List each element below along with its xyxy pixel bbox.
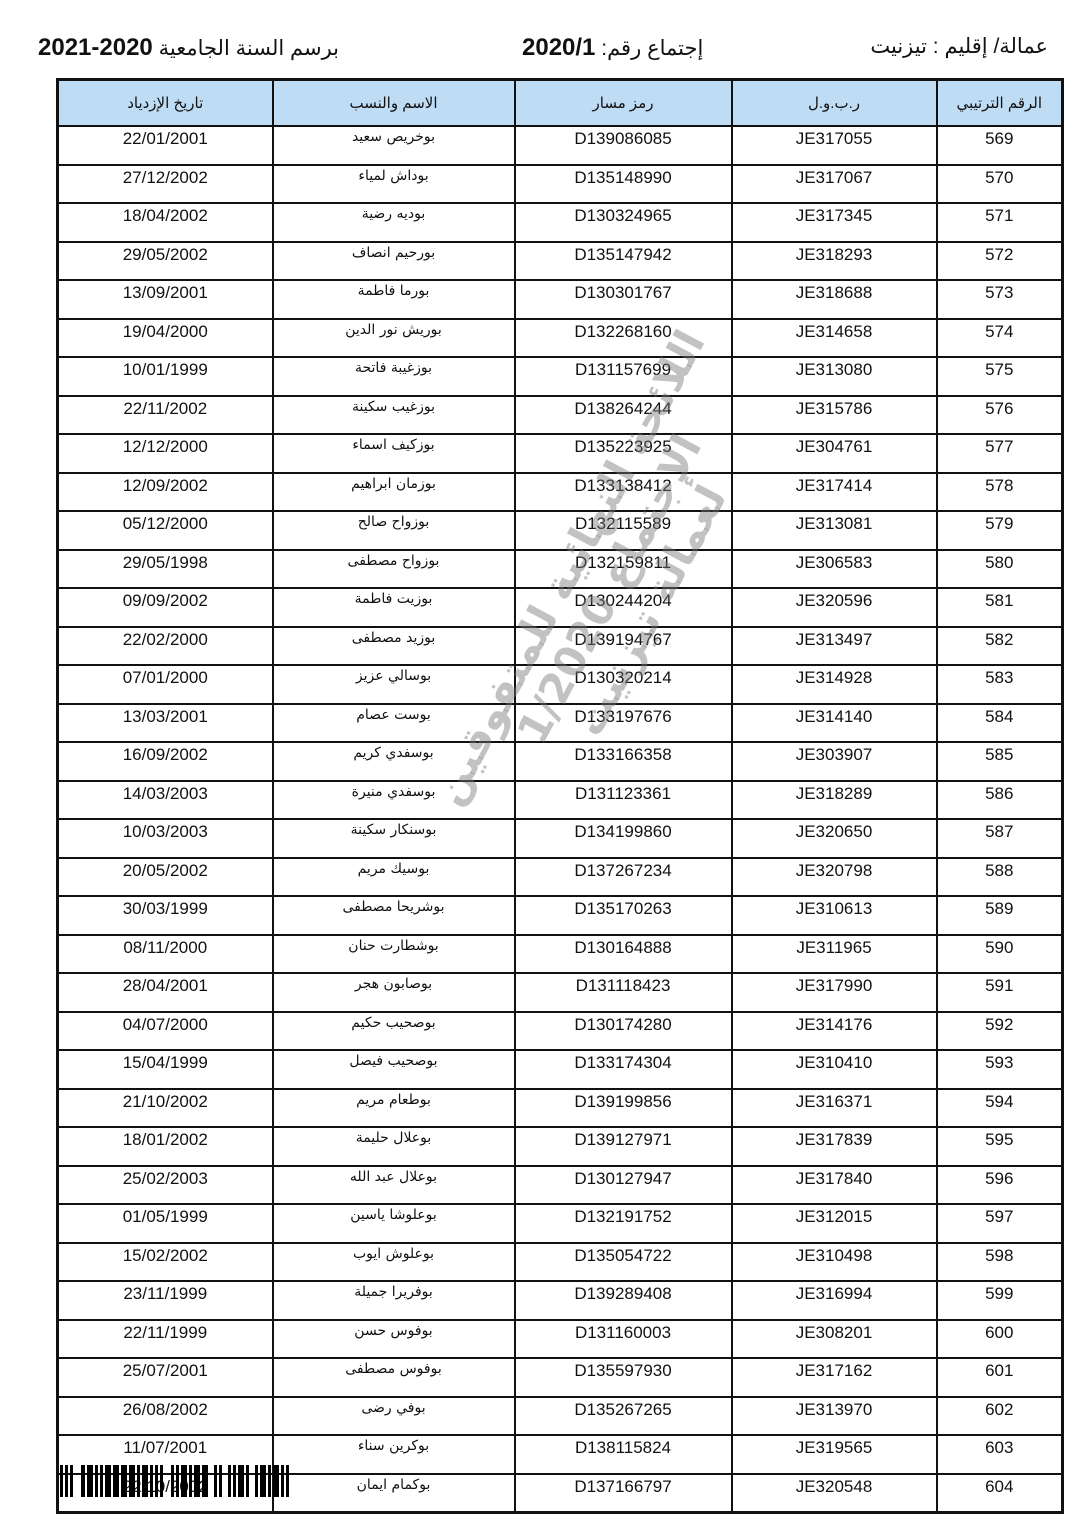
name-cell: بوفوس مصطفى (273, 1358, 515, 1397)
table-row: 587JE320650D134199860بوسنكار سكينة10/03/… (58, 819, 1063, 858)
rbol-cell: JE313080 (732, 357, 937, 396)
province-label: عمالة/ إقليم : (933, 35, 1048, 58)
birthdate-cell: 22/01/2001 (58, 126, 273, 165)
massar-cell: D130324965 (515, 203, 732, 242)
table-row: 583JE314928D130320214بوسالي عزيز07/01/20… (58, 665, 1063, 704)
massar-cell: D131123361 (515, 781, 732, 820)
rbol-cell: JE318293 (732, 242, 937, 281)
birthdate-cell: 22/02/2000 (58, 627, 273, 666)
massar-cell: D132159811 (515, 550, 732, 589)
rbol-cell: JE304761 (732, 434, 937, 473)
rbol-cell: JE314658 (732, 319, 937, 358)
name-cell: بوفريرا جميلة (273, 1281, 515, 1320)
table-row: 580JE306583D132159811بوزواح مصطفى29/05/1… (58, 550, 1063, 589)
name-cell: بوعلال عبد الله (273, 1166, 515, 1205)
table-row: 573JE318688D130301767بورما فاطمة13/09/20… (58, 280, 1063, 319)
column-header-rank: الرقم الترتيبي (937, 80, 1063, 127)
birthdate-cell: 08/11/2000 (58, 935, 273, 974)
birthdate-cell: 22/11/2002 (58, 396, 273, 435)
birthdate-cell: 22/11/1999 (58, 1320, 273, 1359)
meeting-label: إجتماع رقم: (601, 37, 703, 60)
table-row: 576JE315786D138264244بوزغيب سكينة22/11/2… (58, 396, 1063, 435)
birthdate-cell: 05/12/2000 (58, 511, 273, 550)
rank-cell: 592 (937, 1012, 1063, 1051)
rank-cell: 604 (937, 1474, 1063, 1513)
rank-cell: 603 (937, 1435, 1063, 1474)
rank-cell: 578 (937, 473, 1063, 512)
rbol-cell: JE320596 (732, 588, 937, 627)
rbol-cell: JE313081 (732, 511, 937, 550)
table-row: 599JE316994D139289408بوفريرا جميلة23/11/… (58, 1281, 1063, 1320)
name-cell: بوفي رضى (273, 1397, 515, 1436)
table-row: 575JE313080D131157699بوزغيبة فاتحة10/01/… (58, 357, 1063, 396)
rank-cell: 585 (937, 742, 1063, 781)
column-header-name: الاسم والنسب (273, 80, 515, 127)
table-row: 581JE320596D130244204بوزيت فاطمة09/09/20… (58, 588, 1063, 627)
name-cell: بوداش لمياء (273, 165, 515, 204)
massar-cell: D137166797 (515, 1474, 732, 1513)
table-row: 584JE314140D133197676بوست عصام13/03/2001 (58, 704, 1063, 743)
name-cell: بوزكيف اسماء (273, 434, 515, 473)
massar-cell: D130164888 (515, 935, 732, 974)
table-row: 579JE313081D132115589بوزواح صالح05/12/20… (58, 511, 1063, 550)
name-cell: بوصحيب حكيم (273, 1012, 515, 1051)
rbol-cell: JE316994 (732, 1281, 937, 1320)
massar-cell: D133166358 (515, 742, 732, 781)
rank-cell: 569 (937, 126, 1063, 165)
meeting-info: إجتماع رقم: 2020/1 (522, 34, 703, 62)
table-row: 591JE317990D131118423بوصابون هجر28/04/20… (58, 973, 1063, 1012)
rank-cell: 595 (937, 1127, 1063, 1166)
table-row: 588JE320798D137267234بوسيك مريم20/05/200… (58, 858, 1063, 897)
name-cell: بوكمام ايمان (273, 1474, 515, 1513)
rank-cell: 586 (937, 781, 1063, 820)
massar-cell: D135054722 (515, 1243, 732, 1282)
rank-cell: 601 (937, 1358, 1063, 1397)
table-row: 569JE317055D139086085بوخريص سعيد22/01/20… (58, 126, 1063, 165)
massar-cell: D135597930 (515, 1358, 732, 1397)
table-row: 597JE312015D132191752بوعلوشا ياسين01/05/… (58, 1204, 1063, 1243)
birthdate-cell: 21/10/2002 (58, 1089, 273, 1128)
birthdate-cell: 10/03/2003 (58, 819, 273, 858)
rbol-cell: JE306583 (732, 550, 937, 589)
massar-cell: D139194767 (515, 627, 732, 666)
name-cell: بوزيت فاطمة (273, 588, 515, 627)
name-cell: بوعلال حليمة (273, 1127, 515, 1166)
massar-cell: D133174304 (515, 1050, 732, 1089)
birthdate-cell: 04/07/2000 (58, 1012, 273, 1051)
rank-cell: 597 (937, 1204, 1063, 1243)
massar-cell: D130301767 (515, 280, 732, 319)
massar-cell: D138264244 (515, 396, 732, 435)
name-cell: بوفوس حسن (273, 1320, 515, 1359)
massar-cell: D133197676 (515, 704, 732, 743)
table-row: 586JE318289D131123361بوسفدي منيرة14/03/2… (58, 781, 1063, 820)
massar-cell: D139289408 (515, 1281, 732, 1320)
massar-cell: D132115589 (515, 511, 732, 550)
table-row: 593JE310410D133174304بوصحيب فيصل15/04/19… (58, 1050, 1063, 1089)
table-row: 577JE304761D135223925بوزكيف اسماء12/12/2… (58, 434, 1063, 473)
rbol-cell: JE310410 (732, 1050, 937, 1089)
name-cell: بوزمان ابراهيم (273, 473, 515, 512)
academic-year-info: برسم السنة الجامعية 2021-2020 (38, 34, 339, 62)
birthdate-cell: 30/03/1999 (58, 896, 273, 935)
academic-year-label: برسم السنة الجامعية (159, 37, 339, 60)
rbol-cell: JE312015 (732, 1204, 937, 1243)
name-cell: بوسفدي منيرة (273, 781, 515, 820)
birthdate-cell: 12/09/2002 (58, 473, 273, 512)
name-cell: بوسيك مريم (273, 858, 515, 897)
name-cell: بوزغيب سكينة (273, 396, 515, 435)
table-row: 595JE317839D139127971بوعلال حليمة18/01/2… (58, 1127, 1063, 1166)
name-cell: بوعلوشا ياسين (273, 1204, 515, 1243)
rbol-cell: JE314176 (732, 1012, 937, 1051)
birthdate-cell: 13/03/2001 (58, 704, 273, 743)
students-table-container: الرقم الترتيبي ر.ب.و.ل رمز مسار الاسم وا… (56, 78, 1061, 1514)
name-cell: بوريش نور الدين (273, 319, 515, 358)
rbol-cell: JE313970 (732, 1397, 937, 1436)
rank-cell: 580 (937, 550, 1063, 589)
rank-cell: 572 (937, 242, 1063, 281)
table-row: 594JE316371D139199856بوطعام مريم21/10/20… (58, 1089, 1063, 1128)
rbol-cell: JE310613 (732, 896, 937, 935)
rbol-cell: JE303907 (732, 742, 937, 781)
massar-cell: D137267234 (515, 858, 732, 897)
rbol-cell: JE318688 (732, 280, 937, 319)
rbol-cell: JE317162 (732, 1358, 937, 1397)
rank-cell: 588 (937, 858, 1063, 897)
table-row: 592JE314176D130174280بوصحيب حكيم04/07/20… (58, 1012, 1063, 1051)
massar-cell: D139127971 (515, 1127, 732, 1166)
name-cell: بوصابون هجر (273, 973, 515, 1012)
massar-cell: D134199860 (515, 819, 732, 858)
massar-cell: D130174280 (515, 1012, 732, 1051)
massar-cell: D131157699 (515, 357, 732, 396)
rbol-cell: JE318289 (732, 781, 937, 820)
rbol-cell: JE319565 (732, 1435, 937, 1474)
birthdate-cell: 29/05/2002 (58, 242, 273, 281)
column-header-rbol: ر.ب.و.ل (732, 80, 937, 127)
rank-cell: 593 (937, 1050, 1063, 1089)
name-cell: بوسنكار سكينة (273, 819, 515, 858)
massar-cell: D131118423 (515, 973, 732, 1012)
birthdate-cell: 25/07/2001 (58, 1358, 273, 1397)
barcode (60, 1465, 289, 1497)
rank-cell: 571 (937, 203, 1063, 242)
table-row: 598JE310498D135054722بوعلوش ايوب15/02/20… (58, 1243, 1063, 1282)
rbol-cell: JE311965 (732, 935, 937, 974)
name-cell: بوخريص سعيد (273, 126, 515, 165)
rank-cell: 574 (937, 319, 1063, 358)
birthdate-cell: 09/09/2002 (58, 588, 273, 627)
table-row: 578JE317414D133138412بوزمان ابراهيم12/09… (58, 473, 1063, 512)
table-header-row: الرقم الترتيبي ر.ب.و.ل رمز مسار الاسم وا… (58, 80, 1063, 127)
rbol-cell: JE317345 (732, 203, 937, 242)
rank-cell: 582 (937, 627, 1063, 666)
massar-cell: D133138412 (515, 473, 732, 512)
massar-cell: D135147942 (515, 242, 732, 281)
massar-cell: D130320214 (515, 665, 732, 704)
birthdate-cell: 29/05/1998 (58, 550, 273, 589)
birthdate-cell: 18/01/2002 (58, 1127, 273, 1166)
birthdate-cell: 25/02/2003 (58, 1166, 273, 1205)
page-header: عمالة/ إقليم : تيزنيت إجتماع رقم: 2020/1… (0, 0, 1086, 78)
column-header-massar: رمز مسار (515, 80, 732, 127)
table-row: 571JE317345D130324965بوديه رضية18/04/200… (58, 203, 1063, 242)
rank-cell: 600 (937, 1320, 1063, 1359)
massar-cell: D135148990 (515, 165, 732, 204)
birthdate-cell: 07/01/2000 (58, 665, 273, 704)
table-body: 569JE317055D139086085بوخريص سعيد22/01/20… (58, 126, 1063, 1513)
rbol-cell: JE313497 (732, 627, 937, 666)
birthdate-cell: 26/08/2002 (58, 1397, 273, 1436)
name-cell: بوست عصام (273, 704, 515, 743)
birthdate-cell: 15/04/1999 (58, 1050, 273, 1089)
massar-cell: D132268160 (515, 319, 732, 358)
rank-cell: 581 (937, 588, 1063, 627)
birthdate-cell: 01/05/1999 (58, 1204, 273, 1243)
name-cell: بوزيد مصطفى (273, 627, 515, 666)
birthdate-cell: 13/09/2001 (58, 280, 273, 319)
rank-cell: 591 (937, 973, 1063, 1012)
massar-cell: D135223925 (515, 434, 732, 473)
rbol-cell: JE315786 (732, 396, 937, 435)
birthdate-cell: 14/03/2003 (58, 781, 273, 820)
table-row: 600JE308201D131160003بوفوس حسن22/11/1999 (58, 1320, 1063, 1359)
table-row: 585JE303907D133166358بوسفدي كريم16/09/20… (58, 742, 1063, 781)
province-info: عمالة/ إقليم : تيزنيت (870, 34, 1048, 59)
rbol-cell: JE320548 (732, 1474, 937, 1513)
massar-cell: D139086085 (515, 126, 732, 165)
rbol-cell: JE314928 (732, 665, 937, 704)
massar-cell: D135170263 (515, 896, 732, 935)
birthdate-cell: 19/04/2000 (58, 319, 273, 358)
rank-cell: 598 (937, 1243, 1063, 1282)
rank-cell: 570 (937, 165, 1063, 204)
massar-cell: D130127947 (515, 1166, 732, 1205)
name-cell: بوزغيبة فاتحة (273, 357, 515, 396)
column-header-birthdate: تاريخ الإزدياد (58, 80, 273, 127)
rank-cell: 599 (937, 1281, 1063, 1320)
name-cell: بوزواح مصطفى (273, 550, 515, 589)
table-row: 590JE311965D130164888بوشطارت حنان08/11/2… (58, 935, 1063, 974)
birthdate-cell: 23/11/1999 (58, 1281, 273, 1320)
table-row: 572JE318293D135147942بورحيم انصاف29/05/2… (58, 242, 1063, 281)
table-row: 589JE310613D135170263بوشريحا مصطفى30/03/… (58, 896, 1063, 935)
birthdate-cell: 16/09/2002 (58, 742, 273, 781)
birthdate-cell: 10/01/1999 (58, 357, 273, 396)
table-row: 582JE313497D139194767بوزيد مصطفى22/02/20… (58, 627, 1063, 666)
meeting-value: 2020/1 (522, 34, 595, 61)
birthdate-cell: 27/12/2002 (58, 165, 273, 204)
rbol-cell: JE317414 (732, 473, 937, 512)
massar-cell: D135267265 (515, 1397, 732, 1436)
name-cell: بوطعام مريم (273, 1089, 515, 1128)
rbol-cell: JE308201 (732, 1320, 937, 1359)
massar-cell: D131160003 (515, 1320, 732, 1359)
rbol-cell: JE314140 (732, 704, 937, 743)
rank-cell: 579 (937, 511, 1063, 550)
rank-cell: 573 (937, 280, 1063, 319)
table-row: 602JE313970D135267265بوفي رضى26/08/2002 (58, 1397, 1063, 1436)
birthdate-cell: 12/12/2000 (58, 434, 273, 473)
birthdate-cell: 28/04/2001 (58, 973, 273, 1012)
massar-cell: D132191752 (515, 1204, 732, 1243)
rbol-cell: JE317067 (732, 165, 937, 204)
name-cell: بوصحيب فيصل (273, 1050, 515, 1089)
rank-cell: 583 (937, 665, 1063, 704)
name-cell: بوسالي عزيز (273, 665, 515, 704)
rbol-cell: JE316371 (732, 1089, 937, 1128)
province-value: تيزنيت (870, 35, 927, 58)
massar-cell: D130244204 (515, 588, 732, 627)
table-row: 574JE314658D132268160بوريش نور الدين19/0… (58, 319, 1063, 358)
name-cell: بوسفدي كريم (273, 742, 515, 781)
rbol-cell: JE320650 (732, 819, 937, 858)
rank-cell: 587 (937, 819, 1063, 858)
name-cell: بوزواح صالح (273, 511, 515, 550)
table-row: 596JE317840D130127947بوعلال عبد الله25/0… (58, 1166, 1063, 1205)
rbol-cell: JE320798 (732, 858, 937, 897)
table-row: 601JE317162D135597930بوفوس مصطفى25/07/20… (58, 1358, 1063, 1397)
rbol-cell: JE317055 (732, 126, 937, 165)
name-cell: بوشطارت حنان (273, 935, 515, 974)
name-cell: بوديه رضية (273, 203, 515, 242)
rank-cell: 602 (937, 1397, 1063, 1436)
students-table: الرقم الترتيبي ر.ب.و.ل رمز مسار الاسم وا… (56, 78, 1064, 1514)
academic-year-value: 2021-2020 (38, 34, 153, 61)
rbol-cell: JE317990 (732, 973, 937, 1012)
rbol-cell: JE317839 (732, 1127, 937, 1166)
massar-cell: D138115824 (515, 1435, 732, 1474)
birthdate-cell: 15/02/2002 (58, 1243, 273, 1282)
name-cell: بورحيم انصاف (273, 242, 515, 281)
rank-cell: 577 (937, 434, 1063, 473)
name-cell: بوكرين سناء (273, 1435, 515, 1474)
table-row: 570JE317067D135148990بوداش لمياء27/12/20… (58, 165, 1063, 204)
name-cell: بوشريحا مصطفى (273, 896, 515, 935)
rank-cell: 584 (937, 704, 1063, 743)
rank-cell: 575 (937, 357, 1063, 396)
name-cell: بورما فاطمة (273, 280, 515, 319)
birthdate-cell: 18/04/2002 (58, 203, 273, 242)
birthdate-cell: 20/05/2002 (58, 858, 273, 897)
rbol-cell: JE317840 (732, 1166, 937, 1205)
rbol-cell: JE310498 (732, 1243, 937, 1282)
rank-cell: 576 (937, 396, 1063, 435)
rank-cell: 590 (937, 935, 1063, 974)
rank-cell: 594 (937, 1089, 1063, 1128)
rank-cell: 589 (937, 896, 1063, 935)
rank-cell: 596 (937, 1166, 1063, 1205)
name-cell: بوعلوش ايوب (273, 1243, 515, 1282)
massar-cell: D139199856 (515, 1089, 732, 1128)
